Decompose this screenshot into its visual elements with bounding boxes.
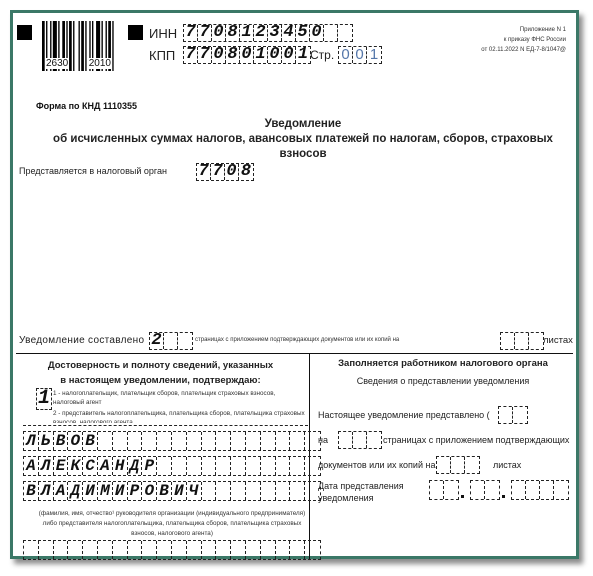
letter-cell	[276, 457, 291, 475]
digit-cell: 4	[282, 25, 296, 41]
letter-cell	[24, 541, 39, 559]
letter-cell	[216, 457, 231, 475]
appendix-line-1: Приложение N 1	[481, 25, 566, 35]
digit-cell	[513, 407, 527, 423]
pages-description: страницах с приложением подтверждающих д…	[195, 337, 399, 343]
letter-cell	[290, 457, 305, 475]
letter-cell: Н	[113, 457, 128, 475]
form-page: 2630 2010 ИНН 7708123450 КПП 770801001 С…	[10, 10, 579, 559]
barcode-number-2: 2010	[88, 58, 112, 69]
date-separator	[461, 495, 464, 498]
letter-cell	[68, 541, 83, 559]
digit-cell	[353, 432, 367, 448]
submission-info-subheading: Сведения о представлении уведомления	[313, 376, 573, 386]
letter-cell: В	[83, 432, 98, 450]
letter-cell	[128, 432, 143, 450]
letter-cell: О	[142, 482, 157, 500]
letter-cell	[202, 541, 217, 559]
letter-cell: Ч	[187, 482, 202, 500]
letter-cell	[54, 541, 69, 559]
letter-cell	[261, 482, 276, 500]
title-line-1: Уведомление	[53, 117, 553, 132]
letter-cell	[246, 541, 261, 559]
digit-cell: 0	[339, 47, 353, 63]
digit-cell: 8	[239, 164, 253, 180]
letter-cell: С	[83, 457, 98, 475]
letter-cell	[172, 432, 187, 450]
digit-cell: 7	[184, 47, 198, 63]
letter-cell: Е	[54, 457, 69, 475]
digit-cell: 0	[353, 47, 367, 63]
digit-cell: 7	[197, 164, 211, 180]
digit-cell	[367, 432, 381, 448]
letter-cell	[276, 432, 291, 450]
docs-text: документов или их копий на	[318, 460, 435, 470]
form-code: Форма по КНД 1110355	[36, 101, 137, 111]
officer-pages-text: страницах с приложением подтверждающих	[383, 435, 569, 445]
letter-cell	[113, 432, 128, 450]
letter-cell	[83, 541, 98, 559]
digit-cell: 0	[240, 47, 254, 63]
letter-cell	[187, 541, 202, 559]
kpp-label: КПП	[149, 48, 175, 63]
pages-count-field[interactable]: 2	[149, 332, 193, 350]
alignment-marker-right	[128, 25, 143, 40]
letter-cell	[172, 541, 187, 559]
letter-cell: К	[68, 457, 83, 475]
confirmation-heading-line-2: в настоящем уведомлении, подтверждаю:	[23, 373, 298, 388]
letter-cell	[305, 541, 320, 559]
signer-option-2: 2 - представитель налогоплательщика, пла…	[53, 409, 308, 423]
digit-cell: 1	[37, 389, 51, 409]
digit-cell: 7	[211, 164, 225, 180]
letter-cell: И	[172, 482, 187, 500]
dashed-separator	[23, 425, 308, 426]
digit-cell	[540, 481, 554, 499]
digit-cell	[529, 333, 543, 349]
form-title: Уведомление об исчисленных суммах налого…	[53, 117, 553, 159]
letter-cell: О	[68, 432, 83, 450]
letter-cell	[216, 482, 231, 500]
digit-cell: 1	[367, 47, 381, 63]
first-name-field[interactable]: АЛЕКСАНДР	[23, 456, 321, 476]
letter-cell: В	[54, 432, 69, 450]
tax-office-code-field[interactable]: 7708	[196, 163, 254, 181]
digit-cell: 8	[226, 47, 240, 63]
sheets-label: листах	[543, 335, 573, 346]
digit-cell: 7	[198, 25, 212, 41]
sheets-count-field[interactable]	[500, 332, 544, 350]
letter-cell	[98, 541, 113, 559]
submitted-to-label: Представляется в налоговый орган	[19, 166, 167, 176]
inn-label: ИНН	[149, 26, 177, 41]
name-caption: (фамилия, имя, отчество¹ руководителя ор…	[31, 509, 313, 539]
barcode-number-1: 2630	[45, 58, 69, 69]
letter-cell	[157, 432, 172, 450]
letter-cell: Л	[24, 432, 39, 450]
digit-cell: 0	[225, 164, 239, 180]
digit-cell	[512, 481, 526, 499]
letter-cell	[172, 457, 187, 475]
kpp-field[interactable]: 770801001	[183, 46, 311, 64]
digit-cell: 0	[212, 47, 226, 63]
appendix-reference: Приложение N 1 к приказу ФНС России от 0…	[481, 25, 566, 55]
digit-cell: 2	[254, 25, 268, 41]
date-month-field[interactable]	[470, 480, 500, 500]
digit-cell: 7	[198, 47, 212, 63]
digit-cell: 0	[310, 25, 324, 41]
date-separator	[502, 495, 505, 498]
digit-cell	[437, 457, 451, 473]
digit-cell	[164, 333, 178, 349]
letter-cell	[290, 482, 305, 500]
digit-cell	[501, 333, 515, 349]
letter-cell: Р	[142, 457, 157, 475]
letter-cell: М	[98, 482, 113, 500]
letter-cell	[216, 432, 231, 450]
letter-cell	[246, 482, 261, 500]
date-day-field[interactable]	[429, 480, 459, 500]
letter-cell	[98, 432, 113, 450]
letter-cell: А	[98, 457, 113, 475]
letter-cell	[128, 541, 143, 559]
inn-field[interactable]: 7708123450	[183, 24, 353, 42]
letter-cell: И	[83, 482, 98, 500]
letter-cell: Л	[39, 457, 54, 475]
letter-cell	[113, 541, 128, 559]
barcode: 2630 2010	[42, 21, 115, 71]
digit-cell: 3	[268, 25, 282, 41]
digit-cell: 1	[240, 25, 254, 41]
letter-cell	[202, 432, 217, 450]
compiled-label: Уведомление составлено	[19, 335, 144, 346]
title-line-3: взносов	[53, 147, 553, 159]
digit-cell: 8	[226, 25, 240, 41]
signer-option-1: 1 - налогоплательщик, плательщик сборов,…	[53, 389, 308, 407]
letter-cell	[261, 457, 276, 475]
appendix-line-2: к приказу ФНС России	[481, 35, 566, 45]
letter-cell	[231, 482, 246, 500]
letter-cell	[157, 541, 172, 559]
letter-cell: И	[113, 482, 128, 500]
letter-cell	[246, 432, 261, 450]
signer-type-options: 1 - налогоплательщик, плательщик сборов,…	[53, 389, 308, 423]
letter-cell	[246, 457, 261, 475]
digit-cell	[339, 432, 353, 448]
on-label: на	[318, 435, 328, 445]
digit-cell	[338, 25, 352, 41]
page-number-field[interactable]: 001	[338, 46, 382, 64]
letter-cell: Ь	[39, 432, 54, 450]
digit-cell: 0	[268, 47, 282, 63]
letter-cell: А	[54, 482, 69, 500]
digit-cell	[554, 481, 568, 499]
digit-cell	[499, 407, 513, 423]
signature-field[interactable]	[23, 540, 321, 560]
letter-cell	[231, 432, 246, 450]
letter-cell: Д	[128, 457, 143, 475]
section-divider	[16, 353, 573, 354]
digit-cell	[526, 481, 540, 499]
letter-cell: Л	[39, 482, 54, 500]
digit-cell	[430, 481, 444, 499]
letter-cell: Р	[128, 482, 143, 500]
digit-cell	[324, 25, 338, 41]
letter-cell	[187, 457, 202, 475]
digit-cell	[465, 457, 479, 473]
alignment-marker-left	[17, 25, 32, 40]
digit-cell: 1	[254, 47, 268, 63]
digit-cell	[444, 481, 458, 499]
digit-cell: 7	[184, 25, 198, 41]
last-name-field[interactable]: ЛЬВОВ	[23, 431, 321, 451]
date-label-line-2: уведомления	[318, 492, 404, 504]
letter-cell	[290, 432, 305, 450]
tax-officer-heading: Заполняется работником налогового органа	[313, 358, 573, 369]
letter-cell	[290, 541, 305, 559]
letter-cell	[39, 541, 54, 559]
digit-cell	[471, 481, 485, 499]
digit-cell	[485, 481, 499, 499]
signer-type-field[interactable]: 1	[36, 388, 52, 410]
digit-cell: 2	[150, 333, 164, 349]
submission-date-label: Дата представления уведомления	[318, 480, 404, 504]
digit-cell: 0	[282, 47, 296, 63]
letter-cell	[142, 541, 157, 559]
letter-cell	[202, 457, 217, 475]
letter-cell	[276, 482, 291, 500]
digit-cell: 1	[296, 47, 310, 63]
letter-cell	[231, 541, 246, 559]
letter-cell: В	[157, 482, 172, 500]
appendix-line-3: от 02.11.2022 N ЕД-7-8/1047@	[481, 45, 566, 55]
confirmation-heading-line-1: Достоверность и полноту сведений, указан…	[23, 358, 298, 373]
digit-cell	[515, 333, 529, 349]
letter-cell	[261, 432, 276, 450]
title-line-2: об исчисленных суммах налогов, авансовых…	[53, 132, 553, 147]
page-label: Стр.	[310, 48, 334, 62]
officer-sheets-field[interactable]	[436, 456, 480, 474]
letter-cell	[142, 432, 157, 450]
digit-cell: 5	[296, 25, 310, 41]
letter-cell	[202, 482, 217, 500]
officer-sheets-label: листах	[493, 460, 521, 470]
date-year-field[interactable]	[511, 480, 569, 500]
submission-method-field[interactable]	[498, 406, 528, 424]
letter-cell	[276, 541, 291, 559]
date-label-line-1: Дата представления	[318, 480, 404, 492]
letter-cell: Д	[68, 482, 83, 500]
confirmation-heading: Достоверность и полноту сведений, указан…	[23, 358, 298, 388]
digit-cell: 0	[212, 25, 226, 41]
letter-cell	[157, 457, 172, 475]
submitted-text: Настоящее уведомление представлено (	[318, 410, 490, 420]
letter-cell: А	[24, 457, 39, 475]
patronymic-field[interactable]: ВЛАДИМИРОВИЧ	[23, 481, 321, 501]
letter-cell	[216, 541, 231, 559]
digit-cell	[178, 333, 192, 349]
digit-cell	[451, 457, 465, 473]
letter-cell	[261, 541, 276, 559]
officer-pages-field[interactable]	[338, 431, 382, 449]
letter-cell	[231, 457, 246, 475]
letter-cell: В	[24, 482, 39, 500]
letter-cell	[187, 432, 202, 450]
